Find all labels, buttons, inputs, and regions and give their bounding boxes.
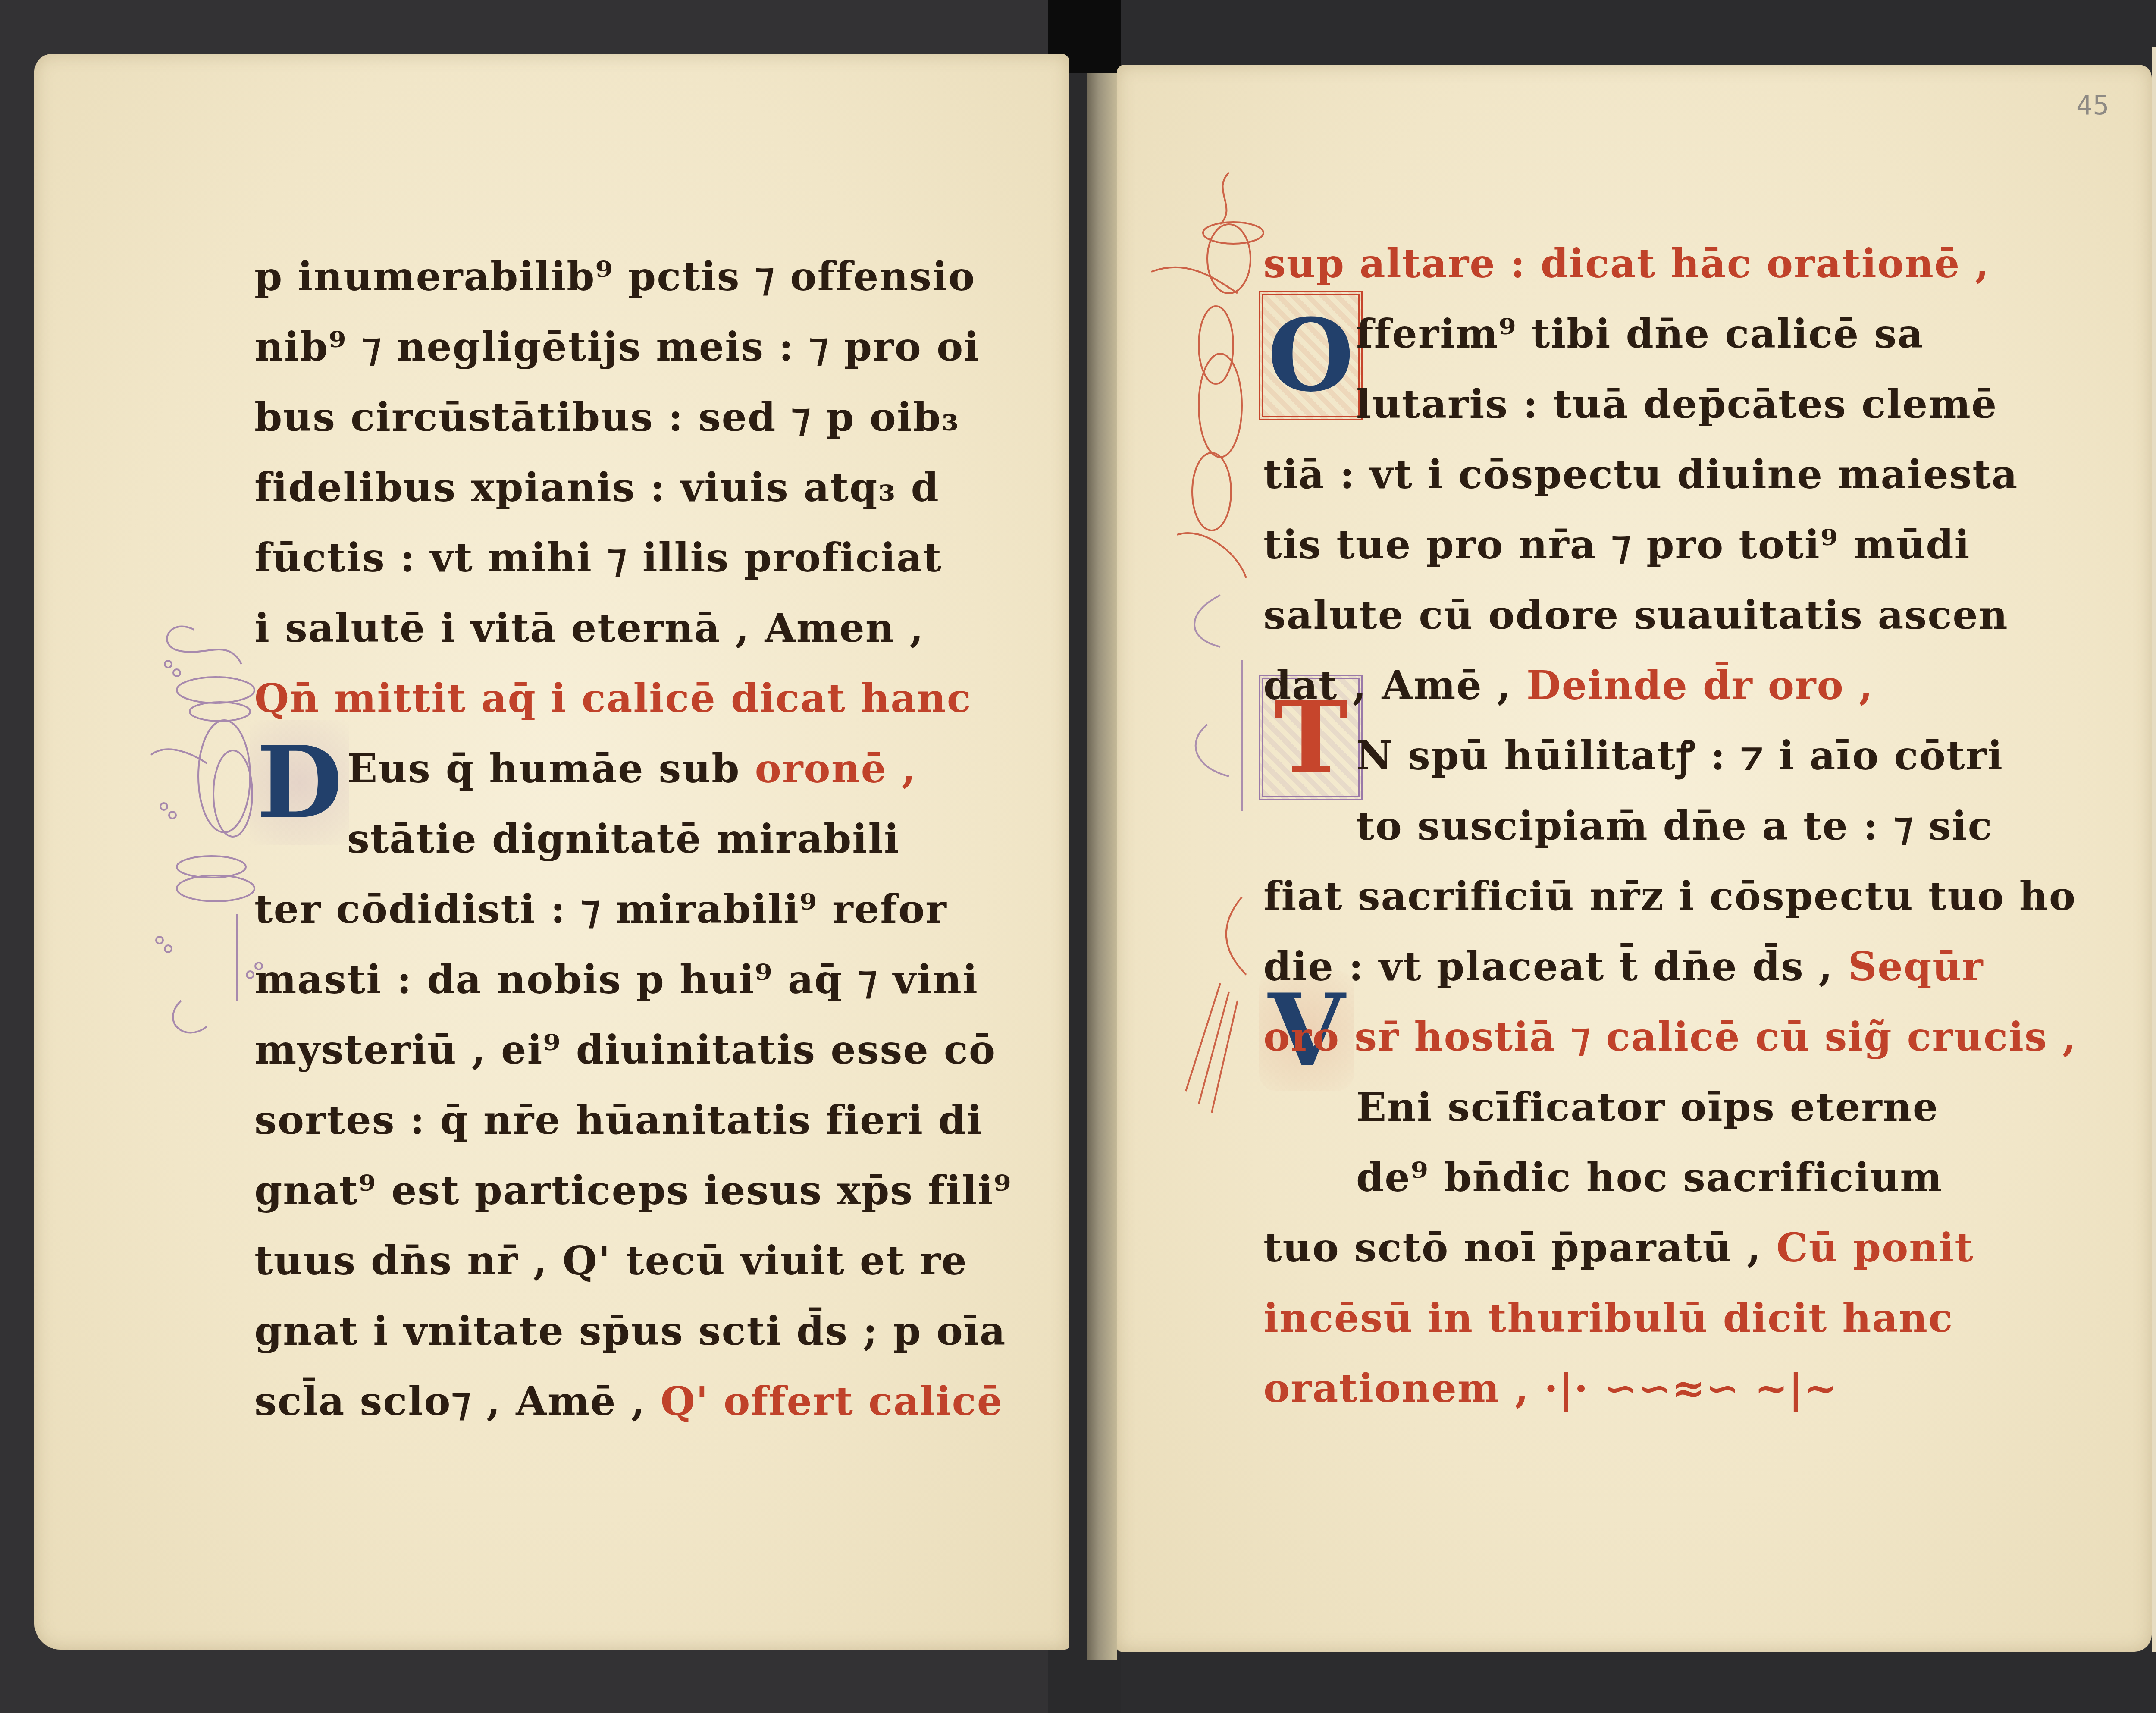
right-page-text: sup altare : dicat hāc orationē ,fferim⁹… <box>1263 229 1988 1424</box>
text-line: oro sr̄ hostiā ⁊ calicē cū sig̃ crucis , <box>1263 1002 1988 1072</box>
text-line: orationem , ·|· ∽∽≈∽ ~|~ <box>1263 1353 1988 1424</box>
body-text: tiā : vt i cōspectu diuine maiesta <box>1263 451 2018 498</box>
text-line: incēsū in thuribulū dicit hanc <box>1263 1283 1988 1353</box>
rubric-text: incēsū in thuribulū dicit hanc <box>1263 1295 1953 1341</box>
text-line: p inumerabilib⁹ pctis ⁊ offensio <box>254 242 996 312</box>
rubric-text: Qn̄ mittit aq̄ i calicē dicat hanc <box>254 675 972 722</box>
text-line: Eus q̄ humāe sub oronē , <box>254 734 996 804</box>
body-text: Eni scīficator oīps eterne <box>1356 1084 1939 1130</box>
text-line: sup altare : dicat hāc orationē , <box>1263 229 1988 299</box>
text-line: fūctis : vt mihi ⁊ illis proficiat <box>254 523 996 593</box>
text-line: fferim⁹ tibi dn̄e calicē sa <box>1263 299 1988 369</box>
body-text: p inumerabilib⁹ pctis ⁊ offensio <box>254 253 975 300</box>
text-line: de⁹ bn̄dic hoc sacrificium <box>1263 1142 1988 1213</box>
text-line: salute cū odore suauitatis ascen <box>1263 580 1988 650</box>
rubric-text: orationem , <box>1263 1365 1544 1412</box>
text-line: dat , Amē , Deinde d̄r oro , <box>1263 650 1988 721</box>
body-text: i salutē i vitā eternā , Amen , <box>254 605 924 651</box>
body-text: gnat i vnitate sp̄us scti d̄s ; p oīa <box>254 1308 1006 1354</box>
rubric-text: oronē , <box>755 745 917 792</box>
body-text: gnat⁹ est particeps iesus xp̄s fili⁹ <box>254 1167 1012 1214</box>
text-line: tuo sctō noī p̄paratū , Cū ponit <box>1263 1213 1988 1283</box>
text-line: scl̄a sclo⁊ , Amē , Q' offert calicē <box>254 1366 996 1437</box>
body-text: to suscipiam̄ dn̄e a te : ⁊ sic <box>1356 803 1993 849</box>
body-text: fūctis : vt mihi ⁊ illis proficiat <box>254 534 942 581</box>
body-text: tis tue pro nr̄a ⁊ pro toti⁹ mūdi <box>1263 521 1971 568</box>
body-text: nib⁹ ⁊ negligētijs meis : ⁊ pro oi <box>254 323 980 370</box>
text-line: gnat⁹ est particeps iesus xp̄s fili⁹ <box>254 1155 996 1226</box>
rubric-text: sup altare : dicat hāc orationē , <box>1263 240 1990 287</box>
rubric-text: Deinde d̄r oro , <box>1526 662 1874 709</box>
text-line: Eni scīficator oīps eterne <box>1263 1072 1988 1142</box>
text-line: Qn̄ mittit aq̄ i calicē dicat hanc <box>254 663 996 734</box>
body-text: ter cōdidisti : ⁊ mirabili⁹ refor <box>254 886 947 932</box>
rubric-text: Q' offert calicē <box>661 1378 1003 1424</box>
text-line: fiat sacrificiū nr̄z i cōspectu tuo ho <box>1263 861 1988 932</box>
text-line: mysteriū , ei⁹ diuinitatis esse cō <box>254 1015 996 1085</box>
text-line: sortes : q̄ nr̄e hūanitatis fieri di <box>254 1085 996 1155</box>
body-text: fiat sacrificiū nr̄z i cōspectu tuo ho <box>1263 873 2076 919</box>
body-text: tuo sctō noī p̄paratū , <box>1263 1224 1777 1271</box>
left-page-text: p inumerabilib⁹ pctis ⁊ offensionib⁹ ⁊ n… <box>254 242 996 1437</box>
text-line: bus circūstātibus : sed ⁊ p oib₃ <box>254 382 996 452</box>
rubric-text: oro sr̄ hostiā ⁊ calicē cū sig̃ crucis , <box>1263 1013 2077 1060</box>
body-text: N spū hūilitatꝭ : ⁊ i aīo cōtri <box>1356 732 2003 779</box>
text-line: N spū hūilitatꝭ : ⁊ i aīo cōtri <box>1263 721 1988 791</box>
body-text: die : vt placeat t̄ dn̄e d̄s , <box>1263 943 1848 990</box>
body-text: fidelibus xpianis : viuis atq₃ d <box>254 464 940 511</box>
text-line: tis tue pro nr̄a ⁊ pro toti⁹ mūdi <box>1263 510 1988 580</box>
text-line: tiā : vt i cōspectu diuine maiesta <box>1263 439 1988 510</box>
gutter <box>1087 73 1117 1660</box>
text-line: gnat i vnitate sp̄us scti d̄s ; p oīa <box>254 1296 996 1366</box>
body-text: sortes : q̄ nr̄e hūanitatis fieri di <box>254 1097 983 1143</box>
body-text: stātie dignitatē mirabili <box>347 816 900 862</box>
body-text: tuus dn̄s nr̄ , Q' tecū viuit et re <box>254 1237 968 1284</box>
text-line: die : vt placeat t̄ dn̄e d̄s , Seqūr <box>1263 932 1988 1002</box>
body-text: masti : da nobis p hui⁹ aq̄ ⁊ vini <box>254 956 978 1003</box>
text-line: ter cōdidisti : ⁊ mirabili⁹ refor <box>254 874 996 944</box>
rubric-text: Seqūr <box>1848 943 1984 990</box>
body-text: fferim⁹ tibi dn̄e calicē sa <box>1356 311 1924 357</box>
text-line: tuus dn̄s nr̄ , Q' tecū viuit et re <box>254 1226 996 1296</box>
body-text: mysteriū , ei⁹ diuinitatis esse cō <box>254 1026 996 1073</box>
folio-number: 45 <box>2076 91 2109 121</box>
body-text: salute cū odore suauitatis ascen <box>1263 592 2009 638</box>
text-line: lutaris : tuā dep̄cātes clemē <box>1263 369 1988 439</box>
body-text: de⁹ bn̄dic hoc sacrificium <box>1356 1154 1943 1201</box>
body-text: scl̄a sclo⁊ , Amē , <box>254 1378 661 1424</box>
body-text: bus circūstātibus : sed ⁊ p oib₃ <box>254 394 960 440</box>
text-line: masti : da nobis p hui⁹ aq̄ ⁊ vini <box>254 944 996 1015</box>
page-edges <box>2152 47 2156 1652</box>
body-text: lutaris : tuā dep̄cātes clemē <box>1356 381 1997 427</box>
rubric-text: Cū ponit <box>1777 1224 1974 1271</box>
body-text: dat , Amē , <box>1263 662 1526 709</box>
text-line: nib⁹ ⁊ negligētijs meis : ⁊ pro oi <box>254 312 996 382</box>
text-line: i salutē i vitā eternā , Amen , <box>254 593 996 663</box>
rubric-text: ·|· ∽∽≈∽ ~|~ <box>1544 1365 1838 1412</box>
body-text: Eus q̄ humāe sub <box>347 745 755 792</box>
text-line: to suscipiam̄ dn̄e a te : ⁊ sic <box>1263 791 1988 861</box>
text-line: stātie dignitatē mirabili <box>254 804 996 874</box>
text-line: fidelibus xpianis : viuis atq₃ d <box>254 452 996 523</box>
